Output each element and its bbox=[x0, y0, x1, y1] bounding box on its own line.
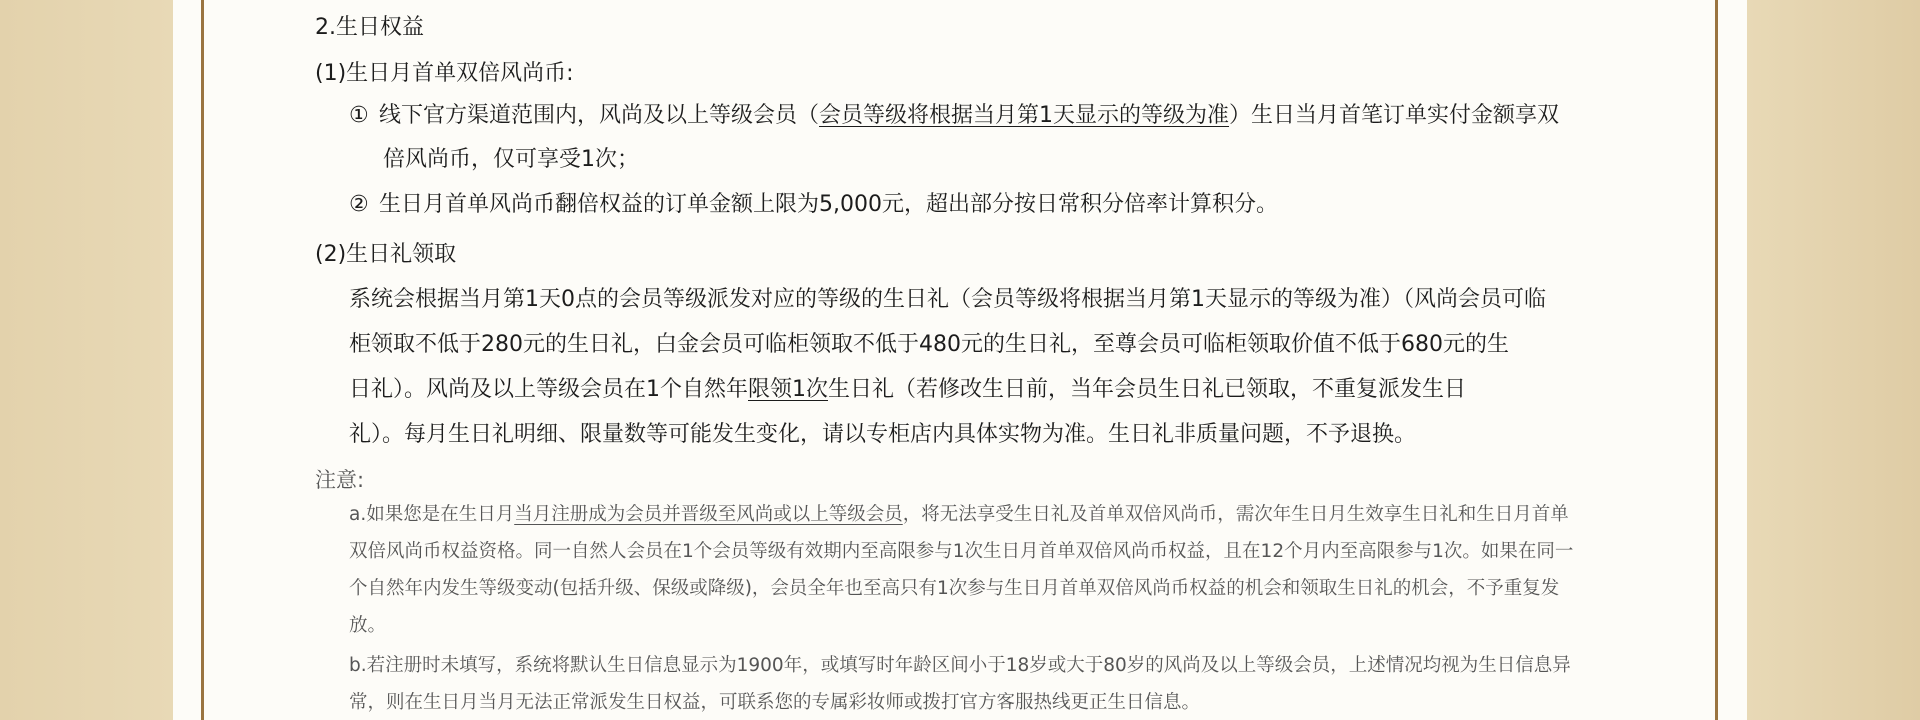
note-a-line1: a.如果您是在生日月当月注册成为会员并晋级至风尚或以上等级会员，将无法享受生日礼… bbox=[349, 500, 1569, 530]
sub1-item-1-line1: ①线下官方渠道范围内，风尚及以上等级会员（会员等级将根据当月第1天显示的等级为准… bbox=[349, 101, 1559, 131]
note-b-line2: 常，则在生日月当月无法正常派发生日权益，可联系您的专属彩妆师或拨打官方客服热线更… bbox=[349, 688, 1200, 718]
underlined-level-note: 会员等级将根据当月第1天显示的等级为准 bbox=[819, 103, 1229, 128]
sub1-heading: (1)生日月首单双倍风尚币: bbox=[315, 59, 574, 89]
note-b-line1: b.若注册时未填写，系统将默认生日信息显示为1900年，或填写时年龄区间小于18… bbox=[349, 651, 1571, 681]
note-a-line3: 个自然年内发生等级变动(包括升级、保级或降级)，会员全年也至高只有1次参与生日月… bbox=[349, 574, 1559, 604]
underlined-limit-once: 限领1次 bbox=[748, 377, 828, 402]
sub1-item-1-line2: 倍风尚币，仅可享受1次； bbox=[383, 145, 639, 175]
sub2-line-2: 柜领取不低于280元的生日礼，白金会员可临柜领取不低于480元的生日礼，至尊会员… bbox=[349, 330, 1509, 360]
underlined-registration-note: 当月注册成为会员并晋级至风尚或以上等级会员 bbox=[514, 504, 903, 525]
note-a-line4: 放。 bbox=[349, 611, 386, 641]
note-a-line2: 双倍风尚币权益资格。同一自然人会员在1个会员等级有效期内至高限参与1次生日月首单… bbox=[349, 537, 1573, 567]
left-border-rule bbox=[201, 0, 204, 720]
right-border-rule bbox=[1715, 0, 1718, 720]
sub2-line-4: 礼）。每月生日礼明细、限量数等可能发生变化，请以专柜店内具体实物为准。生日礼非质… bbox=[349, 420, 1416, 450]
sub2-heading: (2)生日礼领取 bbox=[315, 240, 456, 270]
sub2-line-1: 系统会根据当月第1天0点的会员等级派发对应的等级的生日礼（会员等级将根据当月第1… bbox=[349, 285, 1546, 315]
item-marker-1: ① bbox=[349, 101, 379, 131]
sub1-item-2-line1: ②生日月首单风尚币翻倍权益的订单金额上限为5,000元，超出部分按日常积分倍率计… bbox=[349, 190, 1278, 220]
section-title: 2.生日权益 bbox=[315, 13, 424, 43]
sub2-line-3: 日礼）。风尚及以上等级会员在1个自然年限领1次生日礼（若修改生日前，当年会员生日… bbox=[349, 375, 1466, 405]
notes-heading: 注意: bbox=[315, 465, 364, 495]
item-marker-2: ② bbox=[349, 190, 379, 220]
